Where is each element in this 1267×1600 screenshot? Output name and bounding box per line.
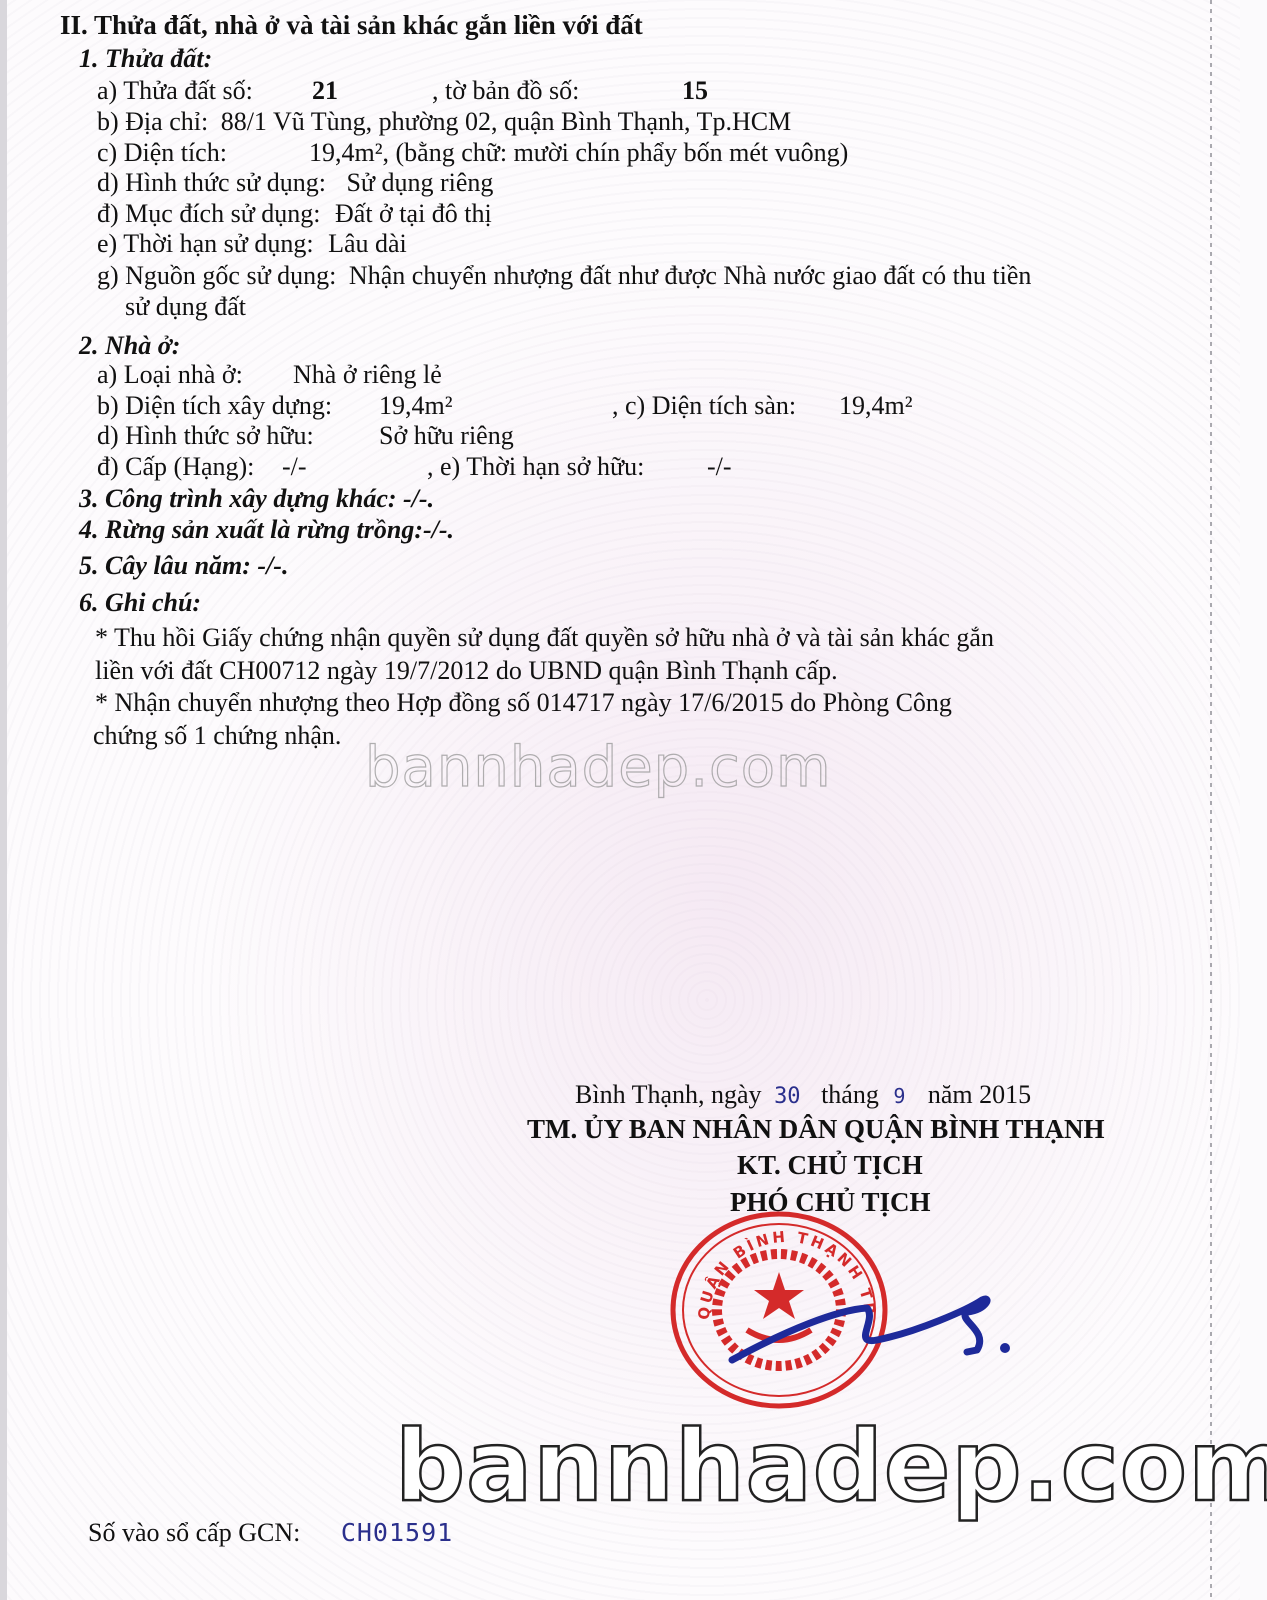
land-heading: 1. Thửa đất: xyxy=(79,44,212,74)
parcel-number: 21 xyxy=(312,76,338,106)
place-date: Bình Thạnh, ngày 30 tháng 9 năm 2015 xyxy=(575,1080,1031,1112)
other-construction: 3. Công trình xây dựng khác: -/-. xyxy=(79,484,434,514)
use-form-label: d) Hình thức sử dụng: xyxy=(97,168,326,197)
note-2-line-1: * Nhận chuyển nhượng theo Hợp đồng số 01… xyxy=(95,688,952,718)
watermark-large: bannhadep.com xyxy=(395,1410,1267,1524)
watermark-small: bannhadep.com xyxy=(365,735,832,800)
area-value: 19,4m², (bằng chữ: mười chín phẩy bốn mé… xyxy=(309,138,848,168)
signer-role-1: KT. CHỦ TỊCH xyxy=(737,1150,923,1180)
year-label: năm 2015 xyxy=(928,1080,1031,1109)
date-month: 9 xyxy=(893,1084,905,1108)
origin-value-cont: sử dụng đất xyxy=(125,292,246,322)
floor-area-label: , c) Diện tích sàn: xyxy=(612,391,796,421)
term-row: e) Thời hạn sử dụng: Lâu dài xyxy=(97,229,407,259)
house-type-label: a) Loại nhà ở: xyxy=(97,360,243,389)
scan-edge-right xyxy=(1240,0,1267,1600)
parcel-row: a) Thửa đất số: 21 , tờ bản đồ số: 15 xyxy=(97,76,253,106)
own-term-label: , e) Thời hạn sở hữu: xyxy=(427,452,644,482)
note-1-line-1: * Thu hồi Giấy chứng nhận quyền sử dụng … xyxy=(95,623,994,653)
origin-row: g) Nguồn gốc sử dụng: Nhận chuyển nhượng… xyxy=(97,261,1031,291)
scan-edge-left xyxy=(0,0,7,1600)
fold-line xyxy=(1210,0,1212,1600)
ownership-row: d) Hình thức sở hữu: Sở hữu riêng xyxy=(97,421,314,451)
month-label: tháng xyxy=(821,1080,879,1109)
notes-heading: 6. Ghi chú: xyxy=(79,588,201,618)
section-title: II. Thửa đất, nhà ở và tài sản khác gắn … xyxy=(60,10,643,40)
build-area-row: b) Diện tích xây dựng: 19,4m² , c) Diện … xyxy=(97,391,332,421)
purpose-label: đ) Mục đích sử dụng: xyxy=(97,199,321,228)
house-heading: 2. Nhà ở: xyxy=(79,331,180,361)
signature-icon xyxy=(727,1290,1027,1380)
ownership-value: Sở hữu riêng xyxy=(379,421,514,451)
build-area-value: 19,4m² xyxy=(379,391,453,421)
origin-value: Nhận chuyển nhượng đất như được Nhà nước… xyxy=(349,261,1031,290)
purpose-value: Đất ở tại đô thị xyxy=(335,199,492,228)
registry-label: Số vào sổ cấp GCN: xyxy=(88,1518,300,1547)
grade-label: đ) Cấp (Hạng): xyxy=(97,452,254,481)
purpose-row: đ) Mục đích sử dụng: Đất ở tại đô thị xyxy=(97,199,492,229)
area-row: c) Diện tích: 19,4m², (bằng chữ: mười ch… xyxy=(97,138,227,168)
grade-row: đ) Cấp (Hạng): -/- , e) Thời hạn sở hữu:… xyxy=(97,452,254,482)
address-label: b) Địa chỉ: xyxy=(97,107,208,136)
address-row: b) Địa chỉ: 88/1 Vũ Tùng, phường 02, quậ… xyxy=(97,107,791,137)
place-date-prefix: Bình Thạnh, ngày xyxy=(575,1080,762,1109)
authority-name: TM. ỦY BAN NHÂN DÂN QUẬN BÌNH THẠNH xyxy=(527,1114,1105,1144)
address-value: 88/1 Vũ Tùng, phường 02, quận Bình Thạnh… xyxy=(221,107,792,136)
date-day: 30 xyxy=(774,1084,801,1109)
parcel-label: a) Thửa đất số: xyxy=(97,76,253,105)
term-label: e) Thời hạn sử dụng: xyxy=(97,229,314,258)
map-label: , tờ bản đồ số: xyxy=(432,76,579,106)
map-number: 15 xyxy=(682,76,708,106)
area-label: c) Diện tích: xyxy=(97,138,227,167)
use-form-value: Sử dụng riêng xyxy=(346,168,493,197)
origin-label: g) Nguồn gốc sử dụng: xyxy=(97,261,336,290)
ownership-label: d) Hình thức sở hữu: xyxy=(97,421,314,450)
grade-value: -/- xyxy=(282,452,307,482)
own-term-value: -/- xyxy=(707,452,732,482)
build-area-label: b) Diện tích xây dựng: xyxy=(97,391,332,420)
production-forest: 4. Rừng sản xuất là rừng trồng:-/-. xyxy=(79,515,454,545)
note-2-line-2: chứng số 1 chứng nhận. xyxy=(93,721,341,751)
perennial-trees: 5. Cây lâu năm: -/-. xyxy=(79,551,288,581)
certificate-page: II. Thửa đất, nhà ở và tài sản khác gắn … xyxy=(7,0,1240,1600)
house-type-row: a) Loại nhà ở: Nhà ở riêng lẻ xyxy=(97,360,243,390)
term-value: Lâu dài xyxy=(328,229,407,258)
use-form-row: d) Hình thức sử dụng: Sử dụng riêng xyxy=(97,168,493,198)
house-type-value: Nhà ở riêng lẻ xyxy=(293,360,442,390)
note-1-line-2: liền với đất CH00712 ngày 19/7/2012 do U… xyxy=(95,656,838,686)
floor-area-value: 19,4m² xyxy=(839,391,913,421)
